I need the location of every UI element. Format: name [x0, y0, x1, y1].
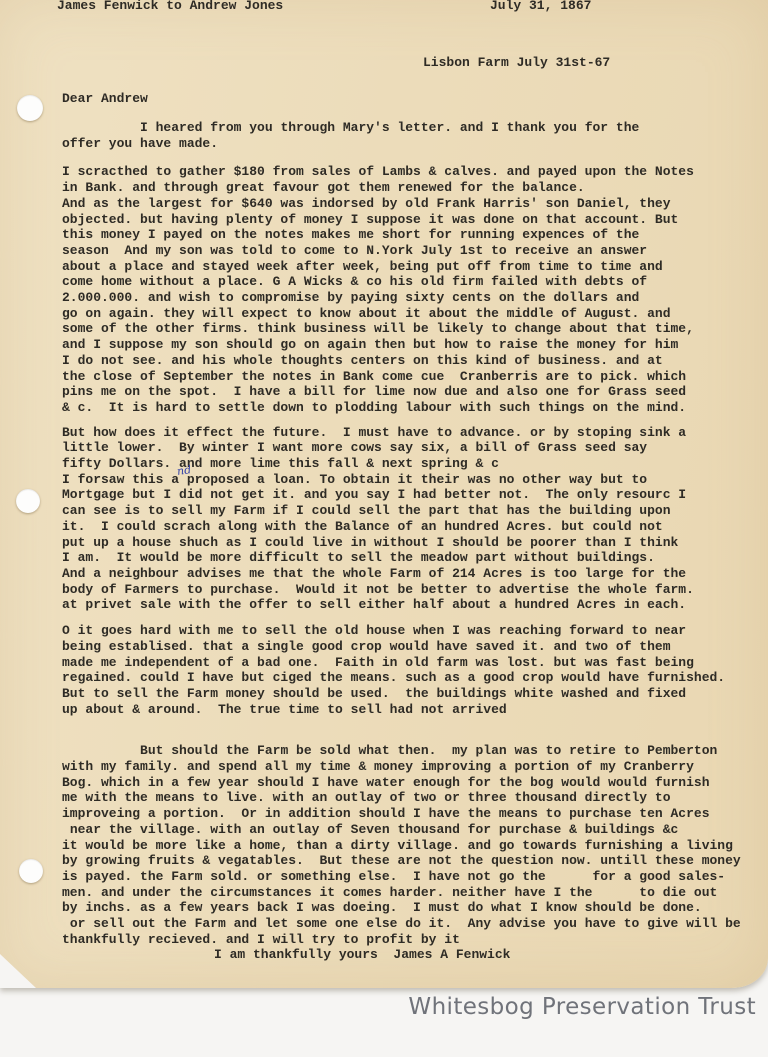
punch-hole-middle [16, 489, 40, 513]
paragraph-4: O it goes hard with me to sell the old h… [62, 623, 762, 717]
paragraph-3: But how does it effect the future. I mus… [62, 425, 762, 613]
watermark-text: Whitesbog Preservation Trust [408, 994, 756, 1020]
archive-header-date: July 31, 1867 [490, 0, 591, 14]
archive-header-left: James Fenwick to Andrew Jones [57, 0, 283, 14]
letter-salutation: Dear Andrew [62, 91, 148, 107]
punch-hole-bottom [19, 859, 43, 883]
handwritten-insertion-nd: nd [176, 463, 192, 478]
letter-body: I heared from you through Mary's letter.… [62, 120, 762, 963]
punch-hole-top [17, 95, 43, 121]
paragraph-5: But should the Farm be sold what then. m… [62, 743, 762, 947]
letter-paper: James Fenwick to Andrew Jones July 31, 1… [0, 0, 768, 988]
paragraph-2: I scracthed to gather $180 from sales of… [62, 164, 762, 415]
paragraph-1: I heared from you through Mary's letter.… [62, 120, 762, 151]
letter-dateline: Lisbon Farm July 31st-67 [423, 55, 610, 71]
signature-line: I am thankfully yours James A Fenwick [62, 947, 762, 963]
